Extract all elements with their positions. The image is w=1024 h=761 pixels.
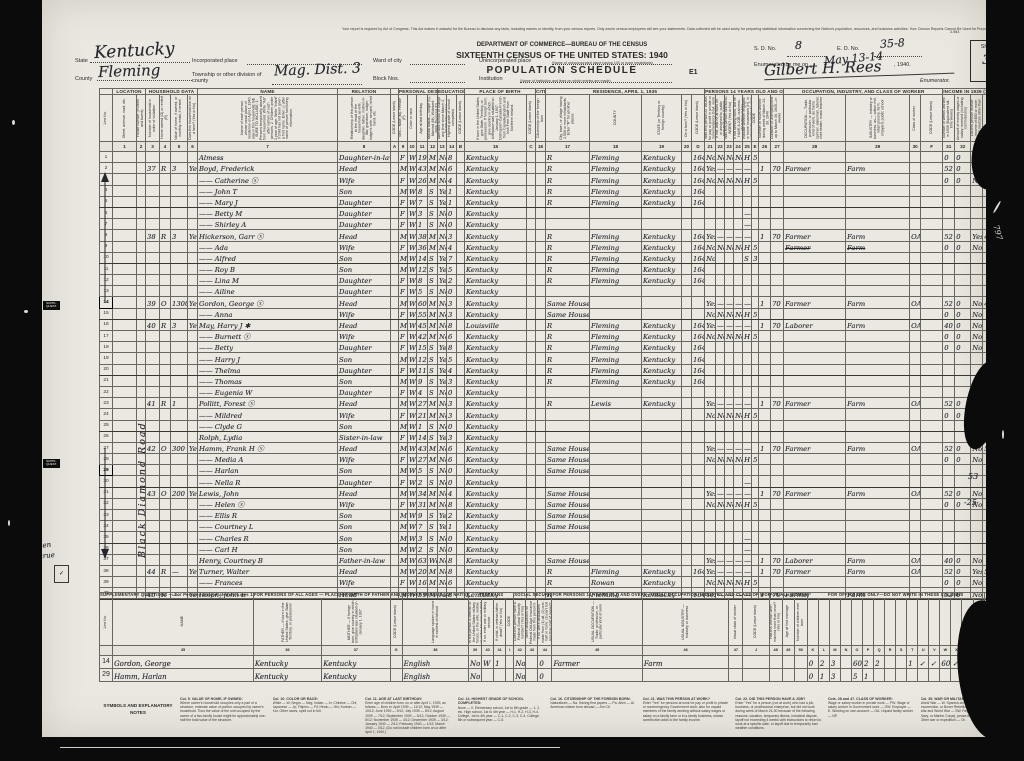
- cell-e23: —: [725, 319, 734, 330]
- cell-mo: Kentucky: [322, 655, 390, 668]
- cell-farm: [188, 420, 198, 431]
- cell-age: 36: [417, 241, 428, 252]
- cell-e21: [705, 510, 716, 521]
- cell-sch: No: [438, 331, 447, 342]
- cell-cd: [692, 297, 705, 308]
- cell-sch: No: [438, 152, 447, 163]
- cell-grd: 8: [447, 152, 457, 163]
- cell-hno: [137, 219, 146, 230]
- cell-street: [113, 577, 137, 588]
- cell-m: 3: [829, 668, 840, 681]
- cell-sex: F: [399, 577, 408, 588]
- cell-cb: [457, 185, 465, 196]
- cell-rel: Daughter: [338, 342, 391, 353]
- cell-sch: Yes: [438, 342, 447, 353]
- cell-r19: Kentucky: [642, 185, 682, 196]
- cell-ca: [391, 543, 399, 554]
- cell-hh: 37: [146, 163, 160, 174]
- cell-ci: [506, 655, 514, 668]
- cell-sex: F: [399, 454, 408, 465]
- cell-cf: [921, 386, 943, 397]
- column-number: 45: [552, 645, 642, 655]
- cell-cc: [527, 409, 536, 420]
- cell-cf: [921, 510, 943, 521]
- column-header: Name of each person whose usual place of…: [198, 95, 338, 142]
- cell-ce: 5: [752, 308, 759, 319]
- cell-colr: W: [408, 565, 417, 576]
- column-number: 32: [955, 142, 971, 152]
- cell-ca: [391, 241, 399, 252]
- cell-r19: [642, 386, 682, 397]
- cell-colr: W: [408, 498, 417, 509]
- table-row: 14Gordon, GeorgeKentuckyKentuckyEnglishN…: [100, 655, 999, 668]
- cell-colr: W: [408, 152, 417, 163]
- cell-occ: [784, 577, 846, 588]
- cell-sex: M: [399, 398, 408, 409]
- cell-val: [171, 409, 188, 420]
- cell-cd: [692, 487, 705, 498]
- column-number: 24: [734, 142, 743, 152]
- cell-e25: H: [743, 409, 752, 420]
- cell-e26: [759, 219, 771, 230]
- cell-e22: [716, 353, 725, 364]
- cell-cd: [692, 498, 705, 509]
- cell-e23: [725, 185, 734, 196]
- cell-e23: —: [725, 487, 734, 498]
- cell-sex: F: [399, 207, 408, 218]
- cell-cc: [527, 196, 536, 207]
- cell-cit: [536, 532, 546, 543]
- cell-e25: —: [743, 398, 752, 409]
- cell-colr: W: [408, 219, 417, 230]
- cell-name: —— Betty M: [198, 207, 338, 218]
- cell-farm: [188, 263, 198, 274]
- column-number: I: [506, 645, 514, 655]
- cell-cls: [910, 353, 921, 364]
- cell-mar: S: [428, 420, 438, 431]
- cell-colr: W: [408, 196, 417, 207]
- cell-cc: [527, 364, 536, 375]
- table-row: 1439O1300YesGordon, George ⓧHeadMW60MNo3…: [100, 297, 1008, 308]
- cell-own: R: [160, 163, 171, 174]
- cell-street: [113, 353, 137, 364]
- cell-r19: Kentucky: [642, 331, 682, 342]
- cell-rel: Wife: [338, 498, 391, 509]
- top-legal-notice: Your report is required by Act of Congre…: [342, 27, 992, 31]
- column-group-header: PERSONS 14 YEARS OLD AND OVER—EMPLOYMENT…: [705, 89, 784, 95]
- cell-cf: [921, 375, 943, 386]
- cell-ca: [391, 174, 399, 185]
- cell-ca: [391, 152, 399, 163]
- cell-cc: [527, 521, 536, 532]
- cell-e23: —: [725, 398, 734, 409]
- cell-cc: [527, 219, 536, 230]
- cell-w31: [943, 185, 955, 196]
- cell-own: R: [160, 398, 171, 409]
- cell-own: [160, 331, 171, 342]
- column-number: 15: [465, 142, 527, 152]
- cell-r17: R: [546, 353, 590, 364]
- cell-sex: F: [399, 331, 408, 342]
- cell-e24: [734, 263, 743, 274]
- cell-e23: —: [725, 554, 734, 565]
- cell-cls: [910, 252, 921, 263]
- cell-e24: [734, 532, 743, 543]
- cell-occ: [784, 353, 846, 364]
- cell-s: [896, 668, 907, 681]
- cell-v40: [482, 668, 494, 681]
- cell-sex: M: [399, 510, 408, 521]
- cell-colr: W: [408, 174, 417, 185]
- cell-w31: 52: [943, 398, 955, 409]
- cell-sex: F: [399, 308, 408, 319]
- cell-own: [160, 353, 171, 364]
- cell-ce: [752, 286, 759, 297]
- cell-ind: Farm: [846, 163, 910, 174]
- cell-r19: Kentucky: [642, 230, 682, 241]
- cell-name: Gordon, George: [113, 655, 254, 668]
- cell-farm: Yes: [188, 487, 198, 498]
- cell-val: 200: [171, 487, 188, 498]
- cell-s: [896, 655, 907, 668]
- cell-own: [160, 420, 171, 431]
- cell-ind: Farm: [846, 319, 910, 330]
- cell-r18: Fleming: [590, 163, 642, 174]
- cell-w32: 0: [955, 565, 971, 576]
- cell-age: 31: [417, 498, 428, 509]
- cell-cc: [527, 353, 536, 364]
- cell-cf: [921, 420, 943, 431]
- cell-name: —— Thelma: [198, 364, 338, 375]
- cell-cit: [536, 230, 546, 241]
- table-row: 29—— HarlanSonMW5SNo0KentuckySame House2…: [100, 465, 1008, 476]
- cell-e21: No: [705, 331, 716, 342]
- column-number: 25: [743, 142, 752, 152]
- cell-e27: 70: [771, 398, 784, 409]
- cell-w32: [955, 521, 971, 532]
- cell-e27: [771, 286, 784, 297]
- cell-mar: S: [428, 386, 438, 397]
- cell-street: [113, 297, 137, 308]
- cell-cb: [457, 409, 465, 420]
- cell-name: —— Ada: [198, 241, 338, 252]
- cell-val: [171, 454, 188, 465]
- cell-r20: [682, 465, 692, 476]
- cell-age: 3: [417, 207, 428, 218]
- cell-name: —— Alfred: [198, 252, 338, 263]
- cell-cls: [910, 386, 921, 397]
- cell-e23: [725, 386, 734, 397]
- cell-r19: Kentucky: [642, 364, 682, 375]
- cell-pob: Kentucky: [465, 510, 527, 521]
- cell-age: 63: [417, 554, 428, 565]
- cell-cd: 1643: [692, 252, 705, 263]
- cell-cls: [910, 409, 921, 420]
- cell-farm: [188, 375, 198, 386]
- cell-occ: [784, 185, 846, 196]
- cell-e26: [759, 342, 771, 353]
- cell-occ: [784, 454, 846, 465]
- cell-val: [171, 196, 188, 207]
- cell-cd: [692, 521, 705, 532]
- column-group-header: EDUCATION: [438, 89, 465, 95]
- cell-farm: [188, 543, 198, 554]
- cell-ce: 5: [752, 174, 759, 185]
- cell-sex: M: [399, 565, 408, 576]
- cell-cls: [729, 655, 743, 668]
- cell-cb: [457, 163, 465, 174]
- cell-ind: [846, 263, 910, 274]
- column-number: 7: [198, 142, 338, 152]
- cell-cf: [921, 297, 943, 308]
- cell-r19: [642, 219, 682, 230]
- cell-colr: W: [408, 319, 417, 330]
- cell-cb: [457, 465, 465, 476]
- cell-own: [160, 521, 171, 532]
- cell-e27: 70: [771, 297, 784, 308]
- cell-colr: W: [408, 342, 417, 353]
- cell-ca: [391, 510, 399, 521]
- cell-cd: [692, 554, 705, 565]
- cell-e27: 70: [771, 487, 784, 498]
- cell-cf: [921, 498, 943, 509]
- cell-cls: [910, 465, 921, 476]
- cell-ce: [752, 263, 759, 274]
- cell-colr: W: [408, 163, 417, 174]
- column-number: 43: [526, 645, 538, 655]
- column-number: 50: [794, 645, 807, 655]
- cell-rel: Son: [338, 263, 391, 274]
- cell-e21: Yes: [705, 398, 716, 409]
- cell-farm: [188, 398, 198, 409]
- cell-grd: 2: [447, 275, 457, 286]
- cell-w32: [955, 286, 971, 297]
- cell-street: [113, 476, 137, 487]
- cell-street: [113, 196, 137, 207]
- cell-e24: No: [734, 498, 743, 509]
- cell-sex: M: [399, 252, 408, 263]
- cell-grd: 0: [447, 420, 457, 431]
- cell-e25: —: [743, 219, 752, 230]
- cell-street: [113, 521, 137, 532]
- cell-sex: M: [399, 375, 408, 386]
- cell-hh: [146, 263, 160, 274]
- cell-r17: R: [546, 577, 590, 588]
- cell-e25: —: [743, 297, 752, 308]
- cell-street: [113, 331, 137, 342]
- cell-lnl: 38: [100, 565, 113, 576]
- cell-tongue: English: [402, 655, 468, 668]
- cell-sex: M: [399, 163, 408, 174]
- column-number: 17: [546, 142, 590, 152]
- cell-colr: W: [408, 263, 417, 274]
- cell-cit: [536, 577, 546, 588]
- cell-e21: [705, 375, 716, 386]
- cell-v: [929, 668, 940, 681]
- cell-pob: Kentucky: [465, 342, 527, 353]
- cell-e21: No: [705, 174, 716, 185]
- column-number: 9: [399, 142, 408, 152]
- cell-r19: Kentucky: [642, 398, 682, 409]
- cell-cj: [743, 668, 769, 681]
- column-header: Was this person AT WORK for pay or profi…: [705, 95, 716, 142]
- cell-w31: 0: [943, 454, 955, 465]
- cell-e25: —: [743, 565, 752, 576]
- cell-ind: [846, 219, 910, 230]
- cell-r19: [642, 297, 682, 308]
- cell-mar: M: [428, 331, 438, 342]
- cell-cf: [921, 364, 943, 375]
- cell-w31: 0: [943, 174, 955, 185]
- cell-ce: [752, 420, 759, 431]
- township-line: [272, 78, 362, 85]
- cell-farm: [188, 465, 198, 476]
- cell-sch: Yes: [438, 510, 447, 521]
- cell-sch: No: [438, 207, 447, 218]
- cell-ce: [752, 353, 759, 364]
- cell-e25: [743, 275, 752, 286]
- cell-r18: [590, 498, 642, 509]
- cell-cls: OA: [910, 297, 921, 308]
- cell-w33: No: [971, 241, 983, 252]
- cell-cit: [536, 386, 546, 397]
- cell-e25: —: [743, 532, 752, 543]
- cell-name: —— Eugenia W: [198, 386, 338, 397]
- cell-sex: F: [399, 241, 408, 252]
- census-title: SIXTEENTH CENSUS OF THE UNITED STATES: 1…: [382, 50, 742, 60]
- cell-e26: 1: [759, 565, 771, 576]
- column-header: Usual class of worker: [729, 598, 743, 645]
- cell-age: 9: [417, 510, 428, 521]
- cell-street: [113, 554, 137, 565]
- cell-cb: [457, 386, 465, 397]
- column-group-header: FOR OFFICE USE ONLY—DO NOT WRITE IN THES…: [807, 593, 984, 599]
- cell-name: Almess: [198, 152, 338, 163]
- cell-farm: [188, 431, 198, 442]
- cell-w31: [943, 263, 955, 274]
- column-number: E: [752, 142, 759, 152]
- cell-r18: Fleming: [590, 275, 642, 286]
- cell-cit: [536, 442, 546, 453]
- cell-r17: R: [546, 241, 590, 252]
- cell-name: —— Clyde G: [198, 420, 338, 431]
- cell-r20: [682, 196, 692, 207]
- cell-pob: Kentucky: [465, 521, 527, 532]
- cell-occ: [784, 364, 846, 375]
- suppl-quest-stamp-29: SUPPL. QUEST.: [43, 459, 60, 468]
- cell-grd: 6: [447, 331, 457, 342]
- cell-cf: [921, 185, 943, 196]
- column-group-header: SOCIAL SECURITY: [514, 593, 552, 599]
- cell-cb: [457, 275, 465, 286]
- cell-sch: No: [438, 230, 447, 241]
- cell-cf: [921, 286, 943, 297]
- cell-age: 9: [417, 375, 428, 386]
- cell-e26: [759, 252, 771, 263]
- cell-cls: [910, 163, 921, 174]
- cell-val: [171, 241, 188, 252]
- column-header: FATHER — If born in the United States, g…: [253, 598, 321, 645]
- column-number: M: [829, 645, 840, 655]
- cell-ind: [846, 275, 910, 286]
- cell-cf: [921, 476, 943, 487]
- cell-grd: 2: [447, 510, 457, 521]
- cell-e23: [725, 364, 734, 375]
- cell-own: [160, 431, 171, 442]
- cell-lnl: 16: [100, 319, 113, 330]
- cell-cls: [910, 174, 921, 185]
- cell-ind: Farm: [846, 241, 910, 252]
- cell-w31: 52: [943, 565, 955, 576]
- cell-e26: [759, 476, 771, 487]
- cell-e21: No: [705, 308, 716, 319]
- table-row: 3—— Catherine ⓧWifeFW26MNo4KentuckyRFlem…: [100, 174, 1008, 185]
- cell-r20: [682, 386, 692, 397]
- cell-pob: Kentucky: [465, 543, 527, 554]
- cell-grd: 7: [447, 252, 457, 263]
- column-number: V: [929, 645, 940, 655]
- cell-e24: [734, 375, 743, 386]
- cell-occ: [784, 331, 846, 342]
- cell-cd: 1643: [692, 230, 705, 241]
- cell-r17: [546, 532, 590, 543]
- cell-own: R: [160, 319, 171, 330]
- cell-pob: Kentucky: [465, 554, 527, 565]
- cell-name: —— Lina M: [198, 275, 338, 286]
- column-header: [885, 598, 896, 645]
- cell-cit: [536, 375, 546, 386]
- cell-mar: M: [428, 241, 438, 252]
- cell-cls: [910, 577, 921, 588]
- column-header: [918, 598, 929, 645]
- cell-w31: [943, 286, 955, 297]
- cell-cb: [457, 219, 465, 230]
- cell-w31: [943, 465, 955, 476]
- column-number: 29: [846, 142, 910, 152]
- cell-val: [171, 521, 188, 532]
- cell-cls: [910, 219, 921, 230]
- cell-r20: [682, 331, 692, 342]
- cell-lnl: 18: [100, 342, 113, 353]
- column-number: 46: [642, 645, 728, 655]
- cell-w48: [769, 668, 782, 681]
- cell-r18: Fleming: [590, 364, 642, 375]
- cell-cls: [910, 275, 921, 286]
- cell-farm: [188, 498, 198, 509]
- column-header: [874, 598, 885, 645]
- right-margin-scribble-53: 53: [968, 472, 978, 481]
- cell-name: —— Harlan: [198, 465, 338, 476]
- cell-age: 14: [417, 431, 428, 442]
- cell-e21: No: [705, 252, 716, 263]
- cell-val: [171, 308, 188, 319]
- cell-w33: No: [971, 319, 983, 330]
- cell-r18: [590, 297, 642, 308]
- cell-colr: W: [408, 375, 417, 386]
- cell-r20: [682, 263, 692, 274]
- cell-ce: 5: [752, 577, 759, 588]
- cell-e25: [743, 510, 752, 521]
- cell-mar: S: [428, 532, 438, 543]
- cell-cf: [921, 152, 943, 163]
- cell-ca: [391, 409, 399, 420]
- cell-cf: [921, 532, 943, 543]
- cell-cd: 1643: [692, 353, 705, 364]
- cell-ca: [391, 398, 399, 409]
- cell-e27: [771, 331, 784, 342]
- cell-pob: Kentucky: [465, 442, 527, 453]
- cell-ind: [846, 308, 910, 319]
